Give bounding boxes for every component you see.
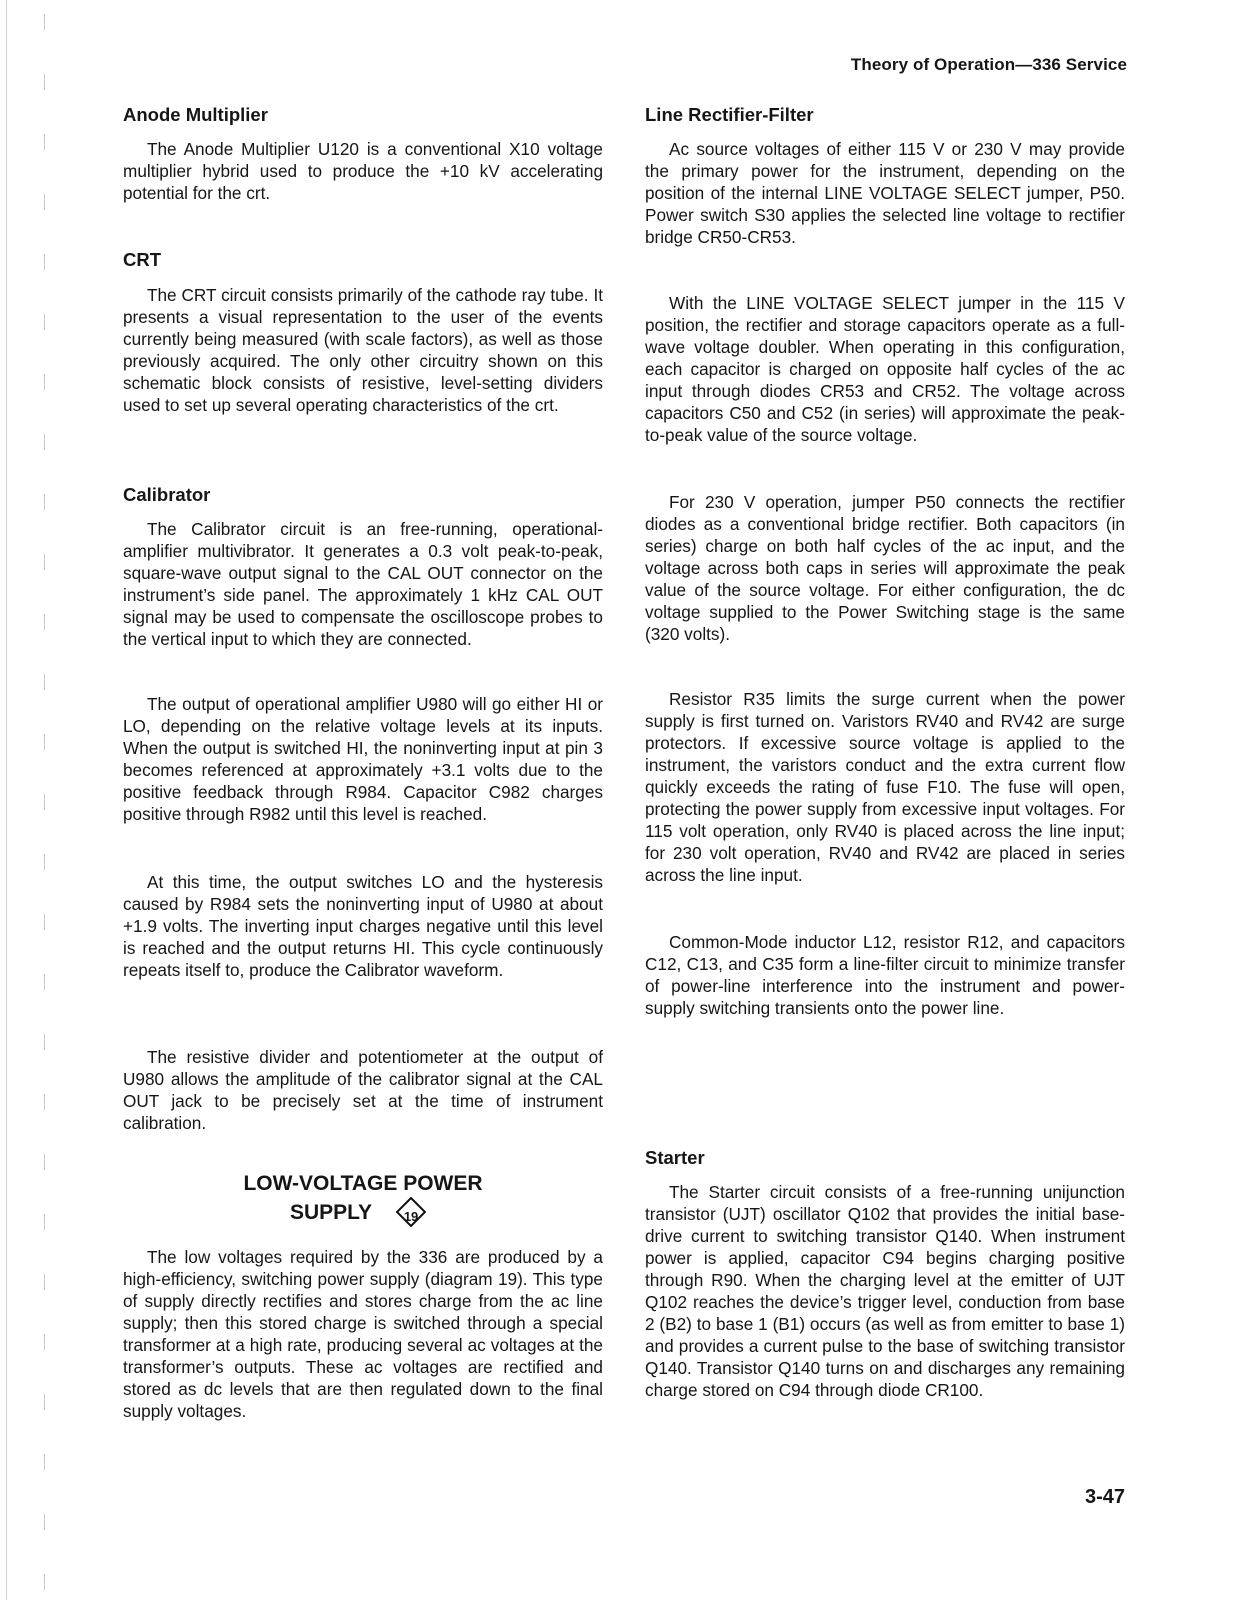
scan-edge-line — [6, 0, 7, 1600]
paragraph: The low voltages required by the 336 are… — [123, 1246, 603, 1422]
running-header: Theory of Operation—336 Service — [851, 55, 1127, 75]
heading-crt: CRT — [123, 249, 603, 271]
page-number: 3-47 — [1085, 1486, 1125, 1509]
paragraph: With the LINE VOLTAGE SELECT jumper in t… — [645, 292, 1125, 446]
section-title-low-voltage-power-supply: LOW-VOLTAGE POWER SUPPLY 19 — [123, 1170, 603, 1227]
line-rectifier-paragraph-5: Common-Mode inductor L12, resistor R12, … — [645, 931, 1125, 1019]
paragraph: Common-Mode inductor L12, resistor R12, … — [645, 931, 1125, 1019]
section-starter: Starter The Starter circuit consists of … — [645, 1147, 1125, 1401]
heading-anode-multiplier: Anode Multiplier — [123, 104, 603, 126]
paragraph: The Starter circuit consists of a free-r… — [645, 1181, 1125, 1401]
diagram-number-diamond-icon: 19 — [396, 1197, 426, 1227]
scan-edge-marks — [44, 0, 45, 1600]
diagram-number: 19 — [396, 1203, 426, 1230]
paragraph: Ac source voltages of either 115 V or 23… — [645, 138, 1125, 248]
section-low-voltage-power-supply: The low voltages required by the 336 are… — [123, 1246, 603, 1422]
section-crt: CRT The CRT circuit consists primarily o… — [123, 249, 603, 416]
calibrator-paragraph-2: The output of operational amplifier U980… — [123, 693, 603, 825]
heading-starter: Starter — [645, 1147, 1125, 1169]
paragraph: The Calibrator circuit is an free-runnin… — [123, 518, 603, 650]
line-rectifier-paragraph-4: Resistor R35 limits the surge current wh… — [645, 688, 1125, 886]
heading-calibrator: Calibrator — [123, 484, 603, 506]
calibrator-paragraph-4: The resistive divider and potentiometer … — [123, 1046, 603, 1134]
heading-line-rectifier-filter: Line Rectifier-Filter — [645, 104, 1125, 126]
line-rectifier-paragraph-3: For 230 V operation, jumper P50 connects… — [645, 491, 1125, 645]
paragraph: The Anode Multiplier U120 is a conventio… — [123, 138, 603, 204]
paragraph: For 230 V operation, jumper P50 connects… — [645, 491, 1125, 645]
paragraph: At this time, the output switches LO and… — [123, 871, 603, 981]
paragraph: The output of operational amplifier U980… — [123, 693, 603, 825]
paragraph: The CRT circuit consists primarily of th… — [123, 284, 603, 416]
section-calibrator: Calibrator The Calibrator circuit is an … — [123, 484, 603, 650]
section-title-line2-wrap: SUPPLY 19 — [290, 1197, 426, 1227]
section-line-rectifier-filter: Line Rectifier-Filter Ac source voltages… — [645, 104, 1125, 248]
section-anode-multiplier: Anode Multiplier The Anode Multiplier U1… — [123, 104, 603, 204]
section-title-line1: LOW-VOLTAGE POWER — [123, 1170, 603, 1197]
section-title-line2: SUPPLY — [290, 1199, 372, 1226]
line-rectifier-paragraph-2: With the LINE VOLTAGE SELECT jumper in t… — [645, 292, 1125, 446]
paragraph: The resistive divider and potentiometer … — [123, 1046, 603, 1134]
paragraph: Resistor R35 limits the surge current wh… — [645, 688, 1125, 886]
calibrator-paragraph-3: At this time, the output switches LO and… — [123, 871, 603, 981]
